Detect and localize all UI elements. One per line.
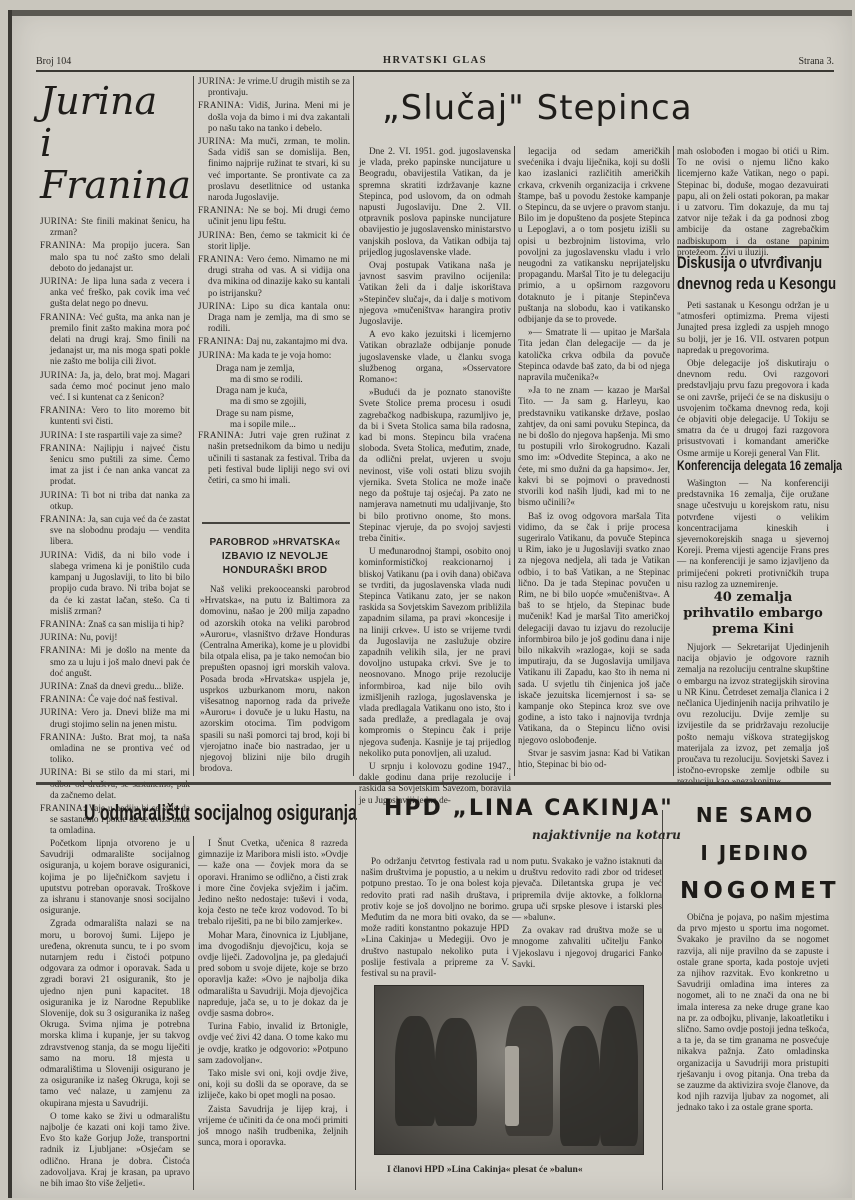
- parobrod-body: Naš veliki prekooceanski parobrod »Hrvat…: [200, 584, 350, 774]
- dialogue-line: JURINA: I ste raspartili vaje za sime?: [40, 430, 190, 441]
- lina-cakinja-paragraph: Za ovakav rad društva može se u mnogome …: [512, 925, 662, 970]
- line-text: Znaš ca san mislija ti hip?: [88, 619, 184, 629]
- speaker: JURINA:: [198, 230, 235, 240]
- line-text: I ste raspartili vaje za sime?: [80, 430, 182, 440]
- dialogue-line: JURINA: Ben, ćemo se takmicit ki će stor…: [198, 230, 350, 252]
- odmaraliste-paragraph: Zgrada odmarališta nalazi se na moru, u …: [40, 918, 190, 1108]
- headline-line-1: Diskusija o utvrđivanju: [677, 252, 829, 273]
- dialogue-line: FRANINA: Ne se boj. Mi drugi ćemo učinit…: [198, 205, 350, 227]
- poem: Draga nam je zemlja,ma di smo se rodili.…: [198, 363, 350, 430]
- stepinac-headline: „Slučaj" Stepinca: [382, 88, 693, 128]
- column-divider: [673, 146, 674, 776]
- jurina-franina-col2: JURINA: Je vrime.U drugih mistih se za p…: [198, 76, 350, 488]
- speaker: FRANINA:: [40, 619, 86, 629]
- stepinac-paragraph: »Ja to ne znam — kazao je Maršal Tito. —…: [518, 385, 670, 508]
- speaker: JURINA:: [198, 301, 235, 311]
- headline-line-1: NE SAMO: [680, 796, 830, 834]
- dialogue-line: FRANINA: Ma propijo jucera. San malo spa…: [40, 240, 190, 274]
- line-text: Će vaje doć naš festival.: [88, 694, 178, 704]
- column-divider: [193, 76, 194, 776]
- embargo-headline: 40 zemalja prihvatilo embargo prema Kini: [677, 590, 829, 638]
- stepinac-paragraph: Dne 2. VI. 1951. god. jugoslavenska je v…: [359, 146, 511, 258]
- column-divider: [662, 810, 663, 1190]
- dialogue-line: FRANINA: Daj nu, zakantajmo mi dva.: [198, 336, 350, 347]
- poem-line: Draga nam je kuća,: [216, 385, 350, 396]
- dialogue-line: FRANINA: Mi je došlo na mente da smo za …: [40, 645, 190, 679]
- page-header: Broj 104 HRVATSKI GLAS Strana 3.: [36, 52, 834, 72]
- speaker: FRANINA:: [40, 443, 86, 453]
- nogomet-body: Obična je pojava, po našim mjestima da p…: [677, 912, 829, 1114]
- odmaraliste-col1: Početkom lipnja otvoreno je u Savudriji …: [40, 838, 190, 1191]
- dialogue-line: JURINA: Vidiš, da ni bilo vode i slabega…: [40, 550, 190, 617]
- poem-line: ma di smo se zgojili,: [216, 396, 350, 407]
- nogomet-article: Obična je pojava, po našim mjestima da p…: [677, 912, 829, 1116]
- column-divider: [514, 146, 515, 776]
- odmaraliste-headline: U odmaralištu socijalnog osiguranja: [84, 800, 314, 826]
- speaker: FRANINA:: [40, 732, 86, 742]
- dialogue-line: FRANINA: Već gušta, ma anka nan je premi…: [40, 312, 190, 368]
- kesong-body: Peti sastanak u Kesongu održan je u "atm…: [677, 300, 829, 459]
- bottom-section-divider: [36, 782, 831, 785]
- odmaraliste-paragraph: O tome kako se živi u odmaralištu najbol…: [40, 1111, 190, 1189]
- headline-line-2: dnevnog reda u Kesongu: [677, 273, 829, 294]
- line-text: Daj nu, zakantajmo mi dva.: [246, 336, 348, 346]
- kesong-headline: Diskusija o utvrđivanju dnevnog reda u K…: [677, 252, 829, 294]
- photo-caption: I članovi HPD »Lina Cakinja« plesat će »…: [387, 1165, 583, 1175]
- dialogue-line: FRANINA: Će vaje doć naš festival.: [40, 694, 190, 705]
- speaker: FRANINA:: [40, 645, 86, 655]
- paper-name: HRVATSKI GLAS: [36, 55, 834, 66]
- dialogue-line: FRANINA: Jušto. Brat moj, ta naša omladi…: [40, 732, 190, 766]
- odmaraliste-paragraph: Tako misle svi oni, koji ovdje žive, oni…: [198, 1068, 348, 1102]
- stepinac-paragraph: legacija od sedam američkih svećenika i …: [518, 146, 670, 325]
- speaker: FRANINA:: [40, 312, 86, 322]
- speaker: JURINA:: [40, 216, 77, 226]
- kesong-article: Diskusija o utvrđivanju dnevnog reda u K…: [677, 252, 829, 461]
- odmaraliste-paragraph: Mohar Mara, činovnica iz Ljubljane, ima …: [198, 930, 348, 1020]
- dialogue-line: JURINA: Ma muči, zrman, te molin. Sada v…: [198, 136, 350, 203]
- dialogue-line: FRANINA: Najlipju i najveć čistu šenicu …: [40, 443, 190, 488]
- speaker: JURINA:: [40, 430, 77, 440]
- speaker: JURINA:: [40, 276, 77, 286]
- odmaraliste-paragraph: Početkom lipnja otvoreno je u Savudriji …: [40, 838, 190, 916]
- dialogue-line: JURINA: Je vrime.U drugih mistih se za p…: [198, 76, 350, 98]
- section-divider: [677, 246, 829, 248]
- section-divider: [202, 522, 350, 524]
- column-divider: [355, 790, 356, 1190]
- speaker: JURINA:: [198, 350, 235, 360]
- kesong-paragraph: Obje delegacije još diskutiraju o dnevno…: [677, 358, 829, 459]
- lina-cakinja-body-1: Po održanju četvrtog festivala rad u naš…: [361, 856, 509, 979]
- odmaraliste-col2: I Šnut Cvetka, učenica 8 razreda gimnazi…: [198, 838, 348, 1150]
- page-top-edge: [12, 10, 852, 16]
- odmaraliste-paragraph: I Šnut Cvetka, učenica 8 razreda gimnazi…: [198, 838, 348, 928]
- speaker: JURINA:: [40, 707, 77, 717]
- parobrod-article: PAROBROD »HRVATSKA« IZBAVIO IZ NEVOLJE H…: [200, 526, 350, 776]
- speaker: JURINA:: [40, 632, 77, 642]
- stepinac-col2: legacija od sedam američkih svećenika i …: [518, 146, 670, 772]
- jurina-franina-col1: Jurina i Franina JURINA: Ste finili maki…: [40, 72, 190, 839]
- headline-line-3: NOGOMET: [680, 872, 830, 910]
- newspaper-page: Broj 104 HRVATSKI GLAS Strana 3. Jurina …: [8, 10, 852, 1198]
- dialogue-line: JURINA: Ma kada te je voja homo:: [198, 350, 350, 361]
- dialogue-line: JURINA: Je lipa luna sada z vecera i ank…: [40, 276, 190, 310]
- speaker: JURINA:: [198, 76, 235, 86]
- dialogue-line: JURINA: Znaš da dnevi gredu... bliže.: [40, 681, 190, 692]
- dialogue-line: JURINA: Vero ja. Dnevi bliže ma mi drugi…: [40, 707, 190, 729]
- poem-line: ma i sopile mile...: [216, 419, 350, 430]
- speaker: FRANINA:: [198, 336, 244, 346]
- headline-line-2: I JEDINO: [680, 834, 830, 872]
- title-line-1: Jurina: [40, 80, 190, 122]
- line-text: Ma kada te je voja homo:: [238, 350, 332, 360]
- konferencija-body: Wašington — Na konferenciji predstavnika…: [677, 478, 829, 590]
- stepinac-col3-text: mah oslobođen i mogao bi otići u Rim. To…: [677, 146, 829, 258]
- dialogue-line: FRANINA: Ja, san cuja već da će zastat s…: [40, 514, 190, 548]
- speaker: JURINA:: [40, 490, 77, 500]
- speaker: FRANINA:: [40, 694, 86, 704]
- dialogue-line: JURINA: Lipo su dica kantala onu: Draga …: [198, 301, 350, 335]
- stepinac-paragraph: »— Smatrate li — upitao je Maršala Tita …: [518, 327, 670, 383]
- konferencija-article: Konferencija delegata 16 zemalja Wašingt…: [677, 457, 829, 592]
- balun-dance-photo: [374, 985, 644, 1155]
- embargo-body: Njujork — Sekretarijat Ujedinjenih nacij…: [677, 642, 829, 788]
- poem-line: Drage su nam pisme,: [216, 408, 350, 419]
- line-text: Nu, povij!: [80, 632, 118, 642]
- stepinac-paragraph: »Budući da je poznato stanovište Svete S…: [359, 387, 511, 544]
- odmaraliste-paragraph: Zaista Savudrija je lijep kraj, i vrijem…: [198, 1104, 348, 1149]
- lina-cakinja-col1: Po održanju četvrtog festivala rad u naš…: [361, 856, 509, 981]
- dialogue-line: FRANINA: Vero ćemo. Nimamo ne mi drugi s…: [198, 254, 350, 299]
- page-number: Strana 3.: [798, 56, 834, 67]
- speaker: FRANINA:: [40, 803, 86, 813]
- speaker: FRANINA:: [40, 514, 86, 524]
- speaker: FRANINA:: [198, 205, 244, 215]
- speaker: FRANINA:: [198, 100, 244, 110]
- odmaraliste-paragraph: Turina Fabio, invalid iz Brtonigle, ovdj…: [198, 1021, 348, 1066]
- speaker: FRANINA:: [40, 405, 86, 415]
- speaker: FRANINA:: [40, 240, 86, 250]
- poem-line: ma di smo se rodili.: [216, 374, 350, 385]
- kesong-paragraph: Peti sastanak u Kesongu održan je u "atm…: [677, 300, 829, 356]
- speaker: JURINA:: [40, 550, 77, 560]
- speaker: JURINA:: [198, 136, 235, 146]
- embargo-article: 40 zemalja prihvatilo embargo prema Kini…: [677, 590, 829, 790]
- nogomet-headline: NE SAMO I JEDINO NOGOMET: [680, 796, 830, 910]
- speaker: JURINA:: [40, 681, 77, 691]
- dialogue-line: JURINA: Ste finili makinat šenicu, ha zr…: [40, 216, 190, 238]
- dialogue-list-2: JURINA: Je vrime.U drugih mistih se za p…: [198, 76, 350, 361]
- jurina-franina-title: Jurina i Franina: [40, 80, 190, 206]
- dialogue-line: JURINA: Ti bot ni triba dat nanka za otk…: [40, 490, 190, 512]
- speaker: JURINA:: [40, 370, 77, 380]
- column-divider: [193, 836, 194, 1190]
- lina-cakinja-paragraph: nom putu. Svakako je važno istaknuti da …: [512, 856, 662, 923]
- stepinac-paragraph: Ovaj postupak Vatikana naša je javnost s…: [359, 260, 511, 327]
- stepinac-col3: mah oslobođen i mogao bi otići u Rim. To…: [677, 146, 829, 260]
- dialogue-list: JURINA: Ste finili makinat šenicu, ha zr…: [40, 216, 190, 837]
- stepinac-col1: Dne 2. VI. 1951. god. jugoslavenska je v…: [359, 146, 511, 808]
- dialogue-line: FRANINA: Jutri vaje gren ružinat z našin…: [198, 430, 350, 486]
- dialogue-line: FRANINA: Vero to lito moremo bit kuntent…: [40, 405, 190, 427]
- column-divider: [353, 76, 354, 776]
- lina-cakinja-col2: nom putu. Svakako je važno istaknuti da …: [512, 856, 662, 972]
- konferencija-headline: Konferencija delegata 16 zemalja: [677, 457, 829, 474]
- stepinac-paragraph: U međunarodnoj štampi, osobito onoj komi…: [359, 546, 511, 759]
- dialogue-line: JURINA: Nu, povij!: [40, 632, 190, 643]
- stepinac-paragraph: A evo kako jezuitski i licemjerno Vatika…: [359, 329, 511, 385]
- parobrod-headline: PAROBROD »HRVATSKA« IZBAVIO IZ NEVOLJE H…: [200, 536, 350, 578]
- speaker: JURINA:: [40, 767, 77, 777]
- line-text: Znaš da dnevi gredu... bliže.: [80, 681, 184, 691]
- lina-cakinja-subheadline: najaktivnije na kotaru: [532, 828, 681, 842]
- stepinac-paragraph: Stvar je sasvim jasna: Kad bi Vatikan ht…: [518, 748, 670, 770]
- speaker: FRANINA:: [198, 254, 244, 264]
- stepinac-paragraph: Baš iz ovog odgovora maršala Tita vidimo…: [518, 511, 670, 746]
- dialogue-line: FRANINA: Vidiš, Jurina. Meni mi je došla…: [198, 100, 350, 134]
- title-line-2: i Franina: [40, 122, 190, 206]
- poem-line: Draga nam je zemlja,: [216, 363, 350, 374]
- dialogue-line: JURINA: Ja, ja, delo, brat moj. Magari s…: [40, 370, 190, 404]
- speaker: FRANINA:: [198, 430, 244, 440]
- lina-cakinja-headline: HPD „LINA CAKINJA": [384, 796, 674, 821]
- dialogue-line: FRANINA: Znaš ca san mislija ti hip?: [40, 619, 190, 630]
